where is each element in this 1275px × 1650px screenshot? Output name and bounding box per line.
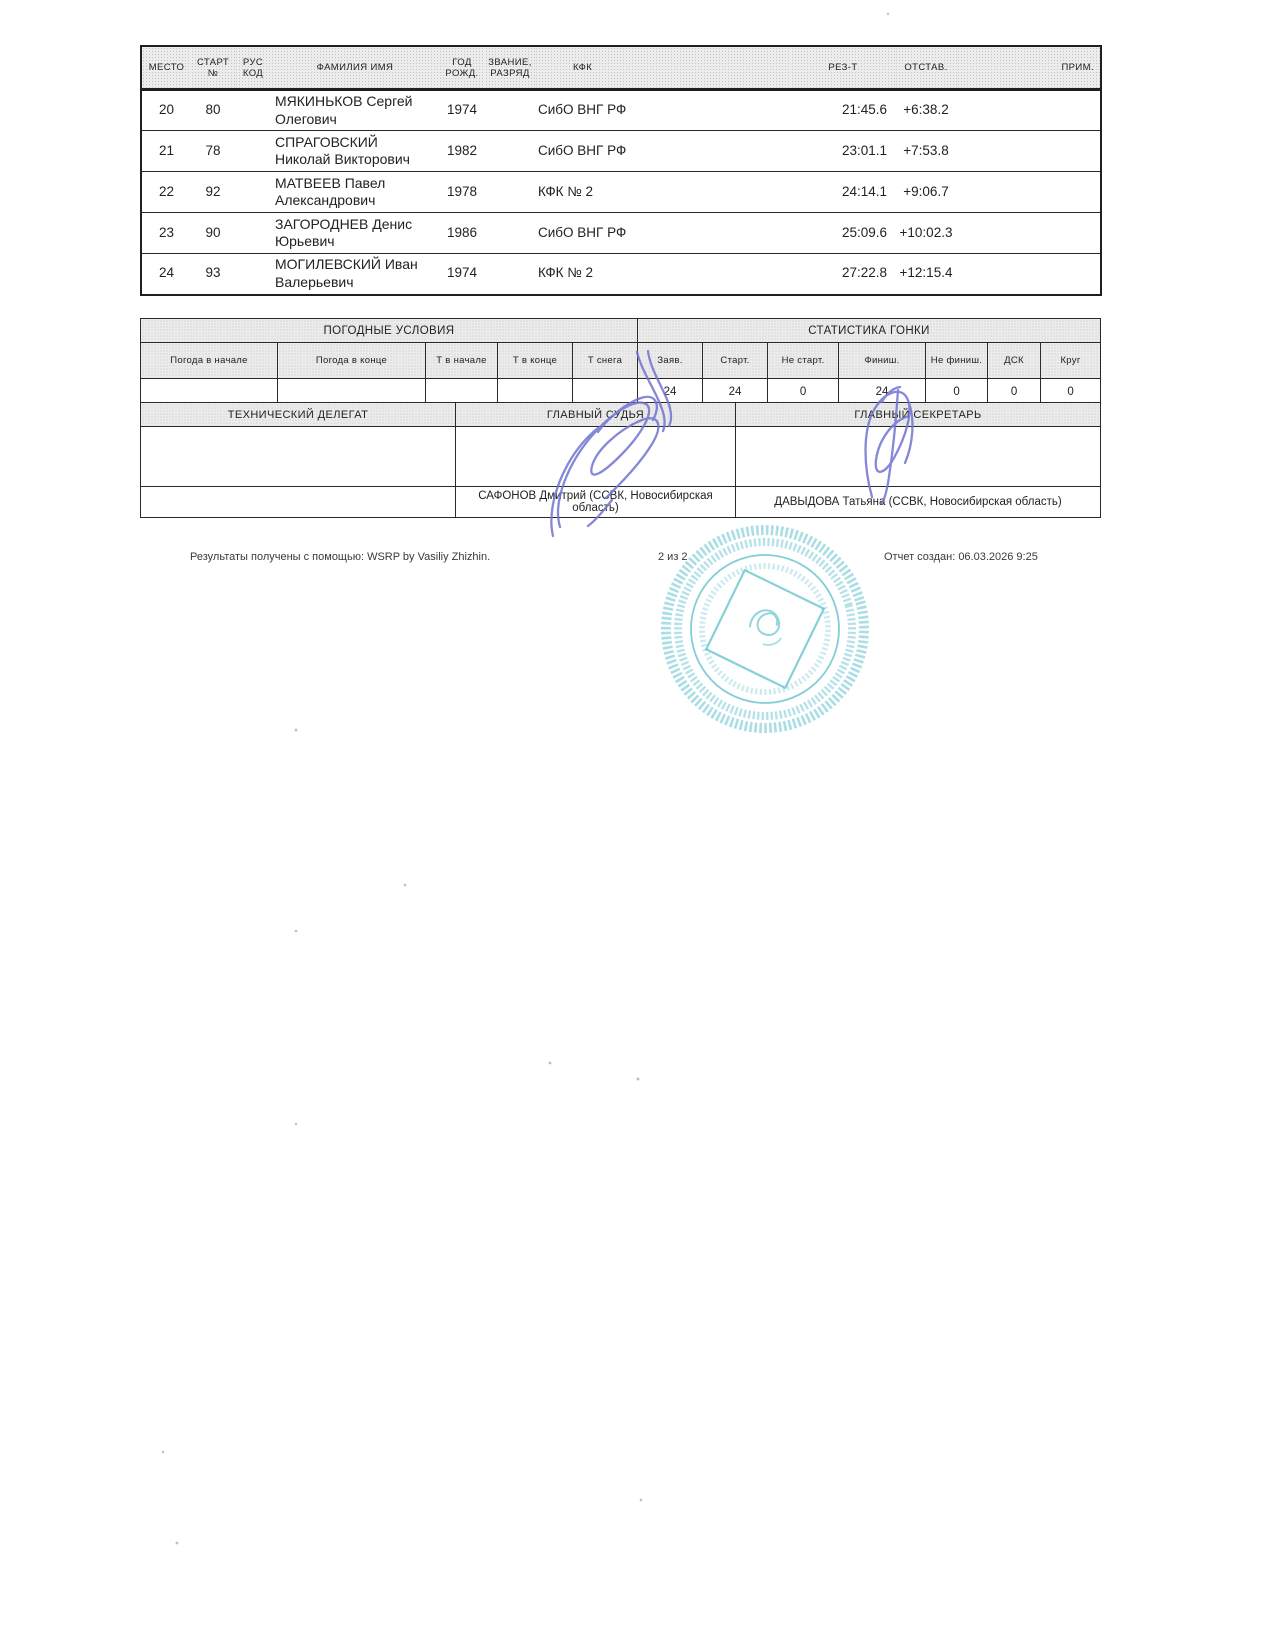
- col-header-year: ГОД РОЖД.: [439, 46, 485, 90]
- cell-gap: +7:53.8: [895, 131, 957, 172]
- stats-col-dsq: ДСК: [988, 343, 1041, 379]
- stats-value-entered: 24: [638, 379, 703, 405]
- scanned-results-page: МЕСТО СТАРТ № РУС КОД ФАМИЛИЯ ИМЯ ГОД РО…: [0, 0, 1275, 1650]
- cell-name: МАТВЕЕВ Павел Александрович: [271, 172, 439, 213]
- results-header-row: МЕСТО СТАРТ № РУС КОД ФАМИЛИЯ ИМЯ ГОД РО…: [141, 46, 1101, 90]
- weather-col-temp-end: Т в конце: [498, 343, 573, 379]
- official-name-chief-secretary: ДАВЫДОВА Татьяна (ССВК, Новосибирская об…: [736, 487, 1101, 518]
- col-header-bib: СТАРТ №: [191, 46, 235, 90]
- cell-year: 1974: [439, 254, 485, 295]
- official-header-chief-secretary: ГЛАВНЫЙ СЕКРЕТАРЬ: [736, 403, 1101, 427]
- official-header-chief-judge: ГЛАВНЫЙ СУДЬЯ: [456, 403, 736, 427]
- cell-name: СПРАГОВСКИЙ Николай Викторович: [271, 131, 439, 172]
- cell-gap: +6:38.2: [895, 90, 957, 131]
- cell-year: 1978: [439, 172, 485, 213]
- cell-rus-code: [235, 213, 271, 254]
- col-header-club: КФК: [535, 46, 791, 90]
- table-row: 21 78 СПРАГОВСКИЙ Николай Викторович 198…: [141, 131, 1101, 172]
- weather-title: ПОГОДНЫЕ УСЛОВИЯ: [141, 319, 638, 343]
- weather-value: [426, 379, 498, 405]
- stats-title: СТАТИСТИКА ГОНКИ: [638, 319, 1101, 343]
- cell-result: 27:22.8: [791, 254, 895, 295]
- cell-bib: 78: [191, 131, 235, 172]
- stats-col-not-finished: Не финиш.: [926, 343, 988, 379]
- cell-year: 1974: [439, 90, 485, 131]
- cell-place: 21: [141, 131, 191, 172]
- cell-name: ЗАГОРОДНЕВ Денис Юрьевич: [271, 213, 439, 254]
- cell-club: КФК № 2: [535, 172, 791, 213]
- footer-page-number: 2 из 2: [658, 551, 688, 563]
- signature-area-chief-judge: [456, 427, 736, 487]
- cell-bib: 80: [191, 90, 235, 131]
- weather-value: [573, 379, 638, 405]
- cell-rus-code: [235, 254, 271, 295]
- table-row: 23 90 ЗАГОРОДНЕВ Денис Юрьевич 1986 СибО…: [141, 213, 1101, 254]
- stats-col-lapped: Круг: [1041, 343, 1101, 379]
- weather-value: [141, 379, 278, 405]
- col-header-gap: ОТСТАВ.: [895, 46, 957, 90]
- col-header-note: ПРИМ.: [957, 46, 1101, 90]
- cell-club: КФК № 2: [535, 254, 791, 295]
- cell-place: 23: [141, 213, 191, 254]
- footer-software-credit: Результаты получены с помощью: WSRP by V…: [190, 551, 490, 563]
- cell-bib: 92: [191, 172, 235, 213]
- stats-value-not-started: 0: [768, 379, 839, 405]
- cell-club: СибО ВНГ РФ: [535, 131, 791, 172]
- signature-area-technical-delegate: [141, 427, 456, 487]
- cell-gap: +10:02.3: [895, 213, 957, 254]
- cell-gap: +9:06.7: [895, 172, 957, 213]
- weather-col-end: Погода в конце: [278, 343, 426, 379]
- signature-area-chief-secretary: [736, 427, 1101, 487]
- stats-value-dsq: 0: [988, 379, 1041, 405]
- weather-value: [498, 379, 573, 405]
- stats-col-started: Старт.: [703, 343, 768, 379]
- official-name-chief-judge: САФОНОВ Дмитрий (ССВК, Новосибирская обл…: [456, 487, 736, 518]
- cell-rank: [485, 131, 535, 172]
- cell-result: 23:01.1: [791, 131, 895, 172]
- official-header-technical-delegate: ТЕХНИЧЕСКИЙ ДЕЛЕГАТ: [141, 403, 456, 427]
- cell-place: 22: [141, 172, 191, 213]
- table-row: 22 92 МАТВЕЕВ Павел Александрович 1978 К…: [141, 172, 1101, 213]
- cell-note: [957, 131, 1101, 172]
- stats-value-started: 24: [703, 379, 768, 405]
- col-header-rank: ЗВАНИЕ, РАЗРЯД: [485, 46, 535, 90]
- cell-rank: [485, 213, 535, 254]
- weather-col-temp-start: Т в начале: [426, 343, 498, 379]
- stats-value-finished: 24: [839, 379, 926, 405]
- cell-note: [957, 172, 1101, 213]
- weather-col-start: Погода в начале: [141, 343, 278, 379]
- officials-table: ТЕХНИЧЕСКИЙ ДЕЛЕГАТ ГЛАВНЫЙ СУДЬЯ ГЛАВНЫ…: [140, 402, 1101, 518]
- cell-year: 1982: [439, 131, 485, 172]
- cell-rank: [485, 172, 535, 213]
- cell-note: [957, 254, 1101, 295]
- cell-result: 21:45.6: [791, 90, 895, 131]
- stats-value-not-finished: 0: [926, 379, 988, 405]
- cell-result: 24:14.1: [791, 172, 895, 213]
- cell-rus-code: [235, 90, 271, 131]
- official-name-technical-delegate: [141, 487, 456, 518]
- cell-rank: [485, 254, 535, 295]
- cell-rus-code: [235, 172, 271, 213]
- cell-rus-code: [235, 131, 271, 172]
- cell-club: СибО ВНГ РФ: [535, 213, 791, 254]
- cell-name: МОГИЛЕВСКИЙ Иван Валерьевич: [271, 254, 439, 295]
- footer-report-created: Отчет создан: 06.03.2026 9:25: [884, 551, 1038, 563]
- results-table: МЕСТО СТАРТ № РУС КОД ФАМИЛИЯ ИМЯ ГОД РО…: [140, 45, 1102, 296]
- col-header-rus-code: РУС КОД: [235, 46, 271, 90]
- stats-col-entered: Заяв.: [638, 343, 703, 379]
- table-row: 20 80 МЯКИНЬКОВ Сергей Олегович 1974 Сиб…: [141, 90, 1101, 131]
- cell-bib: 93: [191, 254, 235, 295]
- cell-year: 1986: [439, 213, 485, 254]
- cell-rank: [485, 90, 535, 131]
- cell-name: МЯКИНЬКОВ Сергей Олегович: [271, 90, 439, 131]
- weather-statistics-table: ПОГОДНЫЕ УСЛОВИЯ СТАТИСТИКА ГОНКИ Погода…: [140, 318, 1101, 405]
- cell-note: [957, 90, 1101, 131]
- stats-value-lapped: 0: [1041, 379, 1101, 405]
- cell-gap: +12:15.4: [895, 254, 957, 295]
- stats-col-not-started: Не старт.: [768, 343, 839, 379]
- cell-club: СибО ВНГ РФ: [535, 90, 791, 131]
- col-header-name: ФАМИЛИЯ ИМЯ: [271, 46, 439, 90]
- cell-place: 20: [141, 90, 191, 131]
- cell-bib: 90: [191, 213, 235, 254]
- cell-result: 25:09.6: [791, 213, 895, 254]
- weather-value: [278, 379, 426, 405]
- table-row: 24 93 МОГИЛЕВСКИЙ Иван Валерьевич 1974 К…: [141, 254, 1101, 295]
- col-header-result: РЕЗ-Т: [791, 46, 895, 90]
- col-header-place: МЕСТО: [141, 46, 191, 90]
- stats-col-finished: Финиш.: [839, 343, 926, 379]
- stamp: [643, 507, 888, 752]
- cell-place: 24: [141, 254, 191, 295]
- cell-note: [957, 213, 1101, 254]
- weather-col-temp-snow: Т снега: [573, 343, 638, 379]
